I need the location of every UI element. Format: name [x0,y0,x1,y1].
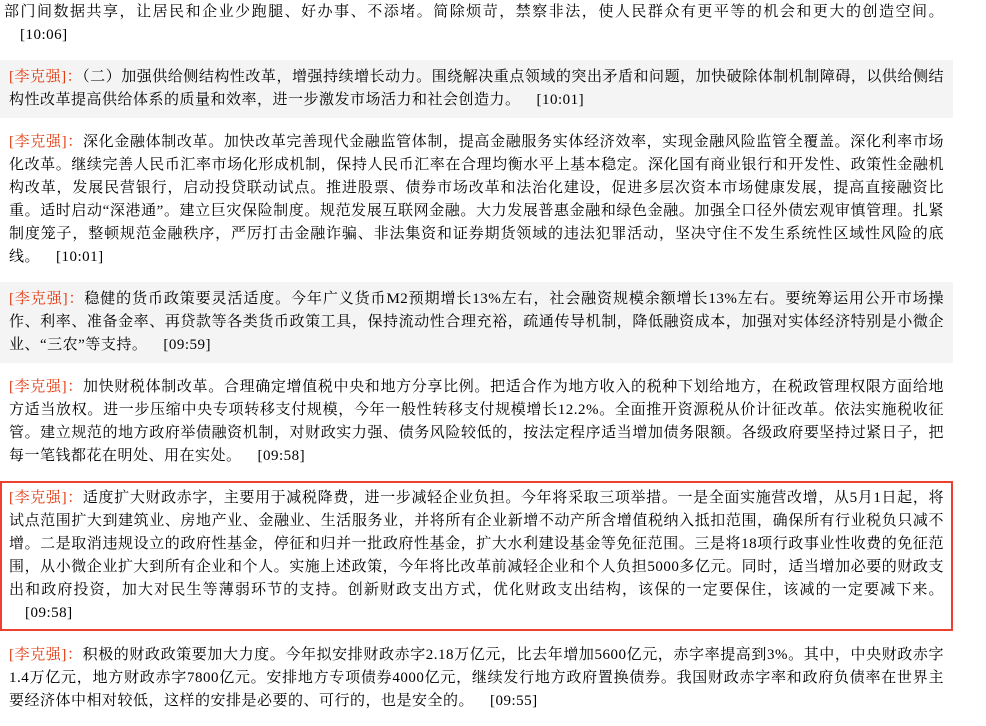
speaker-label: [李克强]： [9,490,83,506]
entry-text: 积极的财政政策要加大力度。今年拟安排财政赤字2.18万亿元，比去年增加5600亿… [9,647,944,709]
transcript-entry-highlighted[interactable]: [李克强]：适度扩大财政赤字，主要用于减税降费，进一步减轻企业负担。今年将采取三… [0,481,953,631]
transcript-entry[interactable]: [李克强]：积极的财政政策要加大力度。今年拟安排财政赤字2.18万亿元，比去年增… [0,638,953,719]
speaker-label: [李克强]： [9,379,83,395]
timestamp: [10:06] [20,27,68,43]
speaker-label: [李克强]： [9,647,83,663]
transcript-entry[interactable]: [李克强]：稳健的货币政策要灵活适度。今年广义货币M2预期增长13%左右，社会融… [0,282,953,363]
timestamp: [09:59] [163,337,211,353]
transcript-entry[interactable]: [李克强]：（二）加强供给侧结构性改革，增强持续增长动力。围绕解决重点领域的突出… [0,60,953,118]
speaker-label: [李克强]： [9,69,82,85]
entry-text: 稳健的货币政策要灵活适度。今年广义货币M2预期增长13%左右，社会融资规模余额增… [9,291,944,353]
entry-text: 深化金融体制改革。加快改革完善现代金融监管体制，提高金融服务实体经济效率，实现金… [9,134,944,265]
entry-text: 部门间数据共享，让居民和企业少跑腿、好办事、不添堵。简除烦苛，禁察非法，使人民群… [4,4,944,20]
timestamp: [09:55] [490,693,538,709]
timestamp: [09:58] [258,448,306,464]
live-transcript-list: 部门间数据共享，让居民和企业少跑腿、好办事、不添堵。简除烦苛，禁察非法，使人民群… [0,0,953,719]
timestamp: [10:01] [56,249,104,265]
transcript-entry[interactable]: 部门间数据共享，让居民和企业少跑腿、好办事、不添堵。简除烦苛，禁察非法，使人民群… [0,1,953,53]
transcript-entry[interactable]: [李克强]：深化金融体制改革。加快改革完善现代金融监管体制，提高金融服务实体经济… [0,125,953,275]
transcript-entry[interactable]: [李克强]：加快财税体制改革。合理确定增值税中央和地方分享比例。把适合作为地方收… [0,370,953,474]
entry-text: 加快财税体制改革。合理确定增值税中央和地方分享比例。把适合作为地方收入的税种下划… [9,379,944,464]
timestamp: [10:01] [537,92,585,108]
speaker-label: [李克强]： [9,134,83,150]
speaker-label: [李克强]： [9,291,84,307]
timestamp: [09:58] [25,605,73,621]
entry-text: 适度扩大财政赤字，主要用于减税降费，进一步减轻企业负担。今年将采取三项举措。一是… [9,490,944,598]
entry-text: （二）加强供给侧结构性改革，增强持续增长动力。围绕解决重点领域的突出矛盾和问题，… [9,69,944,108]
